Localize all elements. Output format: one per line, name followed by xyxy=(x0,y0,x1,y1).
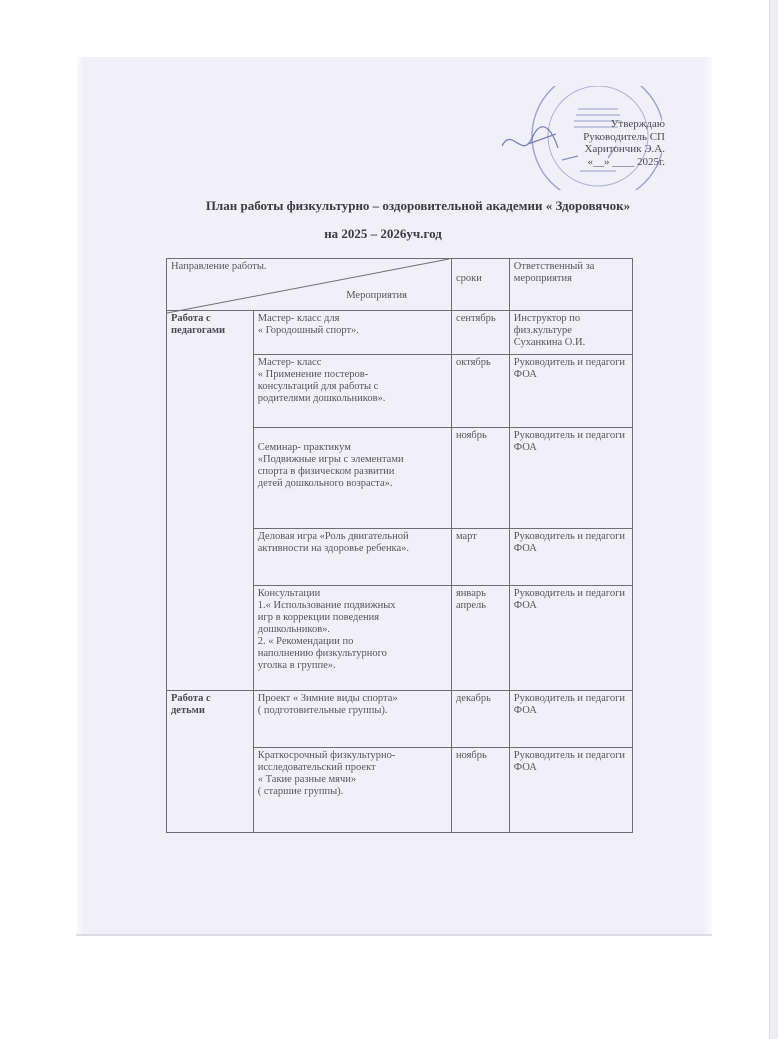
responsible-cell: Руководитель и педагоги ФОА xyxy=(509,691,632,748)
table-header-row: Направление работы. Мероприятия сроки От… xyxy=(167,259,633,311)
activity-cell: Семинар- практикум «Подвижные игры с эле… xyxy=(253,428,451,529)
responsible-line: Руководитель и педагоги xyxy=(514,588,628,600)
activity-cell: Консультации 1.« Использование подвижных… xyxy=(253,586,451,691)
activity-line: Краткосрочный физкультурно- xyxy=(258,750,447,762)
header-responsible-line: мероприятия xyxy=(514,273,628,285)
approval-line: Руководитель СП xyxy=(565,131,665,144)
direction-line: Работа с xyxy=(171,693,249,705)
activity-line: игр в коррекции поведения xyxy=(258,612,447,624)
table-row: Работа с детьми Проект « Зимние виды спо… xyxy=(167,691,633,748)
header-activities: Мероприятия xyxy=(346,290,407,302)
activity-line: Проект « Зимние виды спорта» xyxy=(258,693,447,705)
activity-line: детей дошкольного возраста». xyxy=(258,478,447,490)
responsible-line: физ.культуре xyxy=(514,325,628,337)
activity-line: Мастер- класс для xyxy=(258,313,447,325)
responsible-cell: Руководитель и педагоги ФОА xyxy=(509,529,632,586)
term-line: март xyxy=(456,531,477,542)
responsible-cell: Инструктор по физ.культуре Суханкина О.И… xyxy=(509,311,632,355)
responsible-line: ФОА xyxy=(514,762,628,774)
activity-line: 2. « Рекомендации по xyxy=(258,636,447,648)
activity-line: Консультации xyxy=(258,588,447,600)
approval-line: «__» ____ 2025г. xyxy=(565,156,665,169)
activity-line: наполнению физкультурного xyxy=(258,648,447,660)
direction-line: педагогами xyxy=(171,325,249,337)
activity-cell: Проект « Зимние виды спорта» ( подготови… xyxy=(253,691,451,748)
table-row: Работа с педагогами Мастер- класс для « … xyxy=(167,311,633,355)
activity-line: родителями дошкольников». xyxy=(258,393,447,405)
responsible-line: Руководитель и педагоги xyxy=(514,693,628,705)
activity-cell: Краткосрочный физкультурно- исследовател… xyxy=(253,748,451,833)
header-direction-activities: Направление работы. Мероприятия xyxy=(167,259,452,311)
header-responsible-line: Ответственный за xyxy=(514,261,628,273)
term-line: октябрь xyxy=(456,357,491,368)
term-cell: март xyxy=(451,529,509,586)
term-line: ноябрь xyxy=(456,750,487,761)
activity-line: дошкольников». xyxy=(258,624,447,636)
activity-line: « Такие разные мячи» xyxy=(258,774,447,786)
activity-line: консультаций для работы с xyxy=(258,381,447,393)
term-cell: ноябрь xyxy=(451,428,509,529)
activity-line: Мастер- класс xyxy=(258,357,447,369)
term-cell: декабрь xyxy=(451,691,509,748)
responsible-line: Руководитель и педагоги xyxy=(514,430,628,442)
activity-line: ( подготовительные группы). xyxy=(258,705,447,717)
responsible-line: Руководитель и педагоги xyxy=(514,750,628,762)
term-cell: ноябрь xyxy=(451,748,509,833)
term-cell: сентябрь xyxy=(451,311,509,355)
header-terms-label: сроки xyxy=(456,273,482,284)
direction-children: Работа с детьми xyxy=(167,691,254,833)
activity-line: ( старшие группы). xyxy=(258,786,447,798)
responsible-cell: Руководитель и педагоги ФОА xyxy=(509,428,632,529)
activity-cell: Мастер- класс « Применение постеров- кон… xyxy=(253,355,451,428)
header-responsible: Ответственный за мероприятия xyxy=(509,259,632,311)
responsible-cell: Руководитель и педагоги ФОА xyxy=(509,586,632,691)
header-terms: сроки xyxy=(451,259,509,311)
responsible-line: Инструктор по xyxy=(514,313,628,325)
activity-line: исследовательский проект xyxy=(258,762,447,774)
responsible-line: ФОА xyxy=(514,600,628,612)
term-cell: январь апрель xyxy=(451,586,509,691)
activity-line: Деловая игра «Роль двигательной xyxy=(258,531,447,543)
activity-line: « Применение постеров- xyxy=(258,369,447,381)
activity-line: 1.« Использование подвижных xyxy=(258,600,447,612)
responsible-line: Руководитель и педагоги xyxy=(514,531,628,543)
responsible-cell: Руководитель и педагоги ФОА xyxy=(509,748,632,833)
activity-cell: Мастер- класс для « Городошный спорт». xyxy=(253,311,451,355)
term-line: сентябрь xyxy=(456,313,496,324)
approval-block: Утверждаю Руководитель СП Харитончик Э.А… xyxy=(565,118,665,168)
activity-line: «Подвижные игры с элементами xyxy=(258,454,447,466)
document-subtitle: на 2025 – 2026уч.год xyxy=(168,226,598,242)
activity-line: активности на здоровье ребенка». xyxy=(258,543,447,555)
direction-teachers: Работа с педагогами xyxy=(167,311,254,691)
responsible-line: ФОА xyxy=(514,543,628,555)
activity-line: спорта в физическом развитии xyxy=(258,466,447,478)
header-direction: Направление работы. xyxy=(171,261,267,273)
responsible-line: Суханкина О.И. xyxy=(514,337,628,349)
term-line: ноябрь xyxy=(456,430,487,441)
activity-line: Семинар- практикум xyxy=(258,442,447,454)
responsible-line: ФОА xyxy=(514,705,628,717)
responsible-line: ФОА xyxy=(514,369,628,381)
approval-line: Харитончик Э.А. xyxy=(565,143,665,156)
term-line: декабрь xyxy=(456,693,491,704)
activity-cell: Деловая игра «Роль двигательной активнос… xyxy=(253,529,451,586)
direction-line: детьми xyxy=(171,705,249,717)
activity-line: « Городошный спорт». xyxy=(258,325,447,337)
responsible-line: Руководитель и педагоги xyxy=(514,357,628,369)
responsible-cell: Руководитель и педагоги ФОА xyxy=(509,355,632,428)
term-line: январь xyxy=(456,588,505,600)
document-title: План работы физкультурно – оздоровительн… xyxy=(168,198,668,214)
direction-line: Работа с xyxy=(171,313,249,325)
term-cell: октябрь xyxy=(451,355,509,428)
scrollbar[interactable] xyxy=(769,0,778,1039)
activity-line: уголка в группе». xyxy=(258,660,447,672)
work-plan-table: Направление работы. Мероприятия сроки От… xyxy=(166,258,633,833)
responsible-line: ФОА xyxy=(514,442,628,454)
term-line: апрель xyxy=(456,600,505,612)
approval-line: Утверждаю xyxy=(565,118,665,131)
